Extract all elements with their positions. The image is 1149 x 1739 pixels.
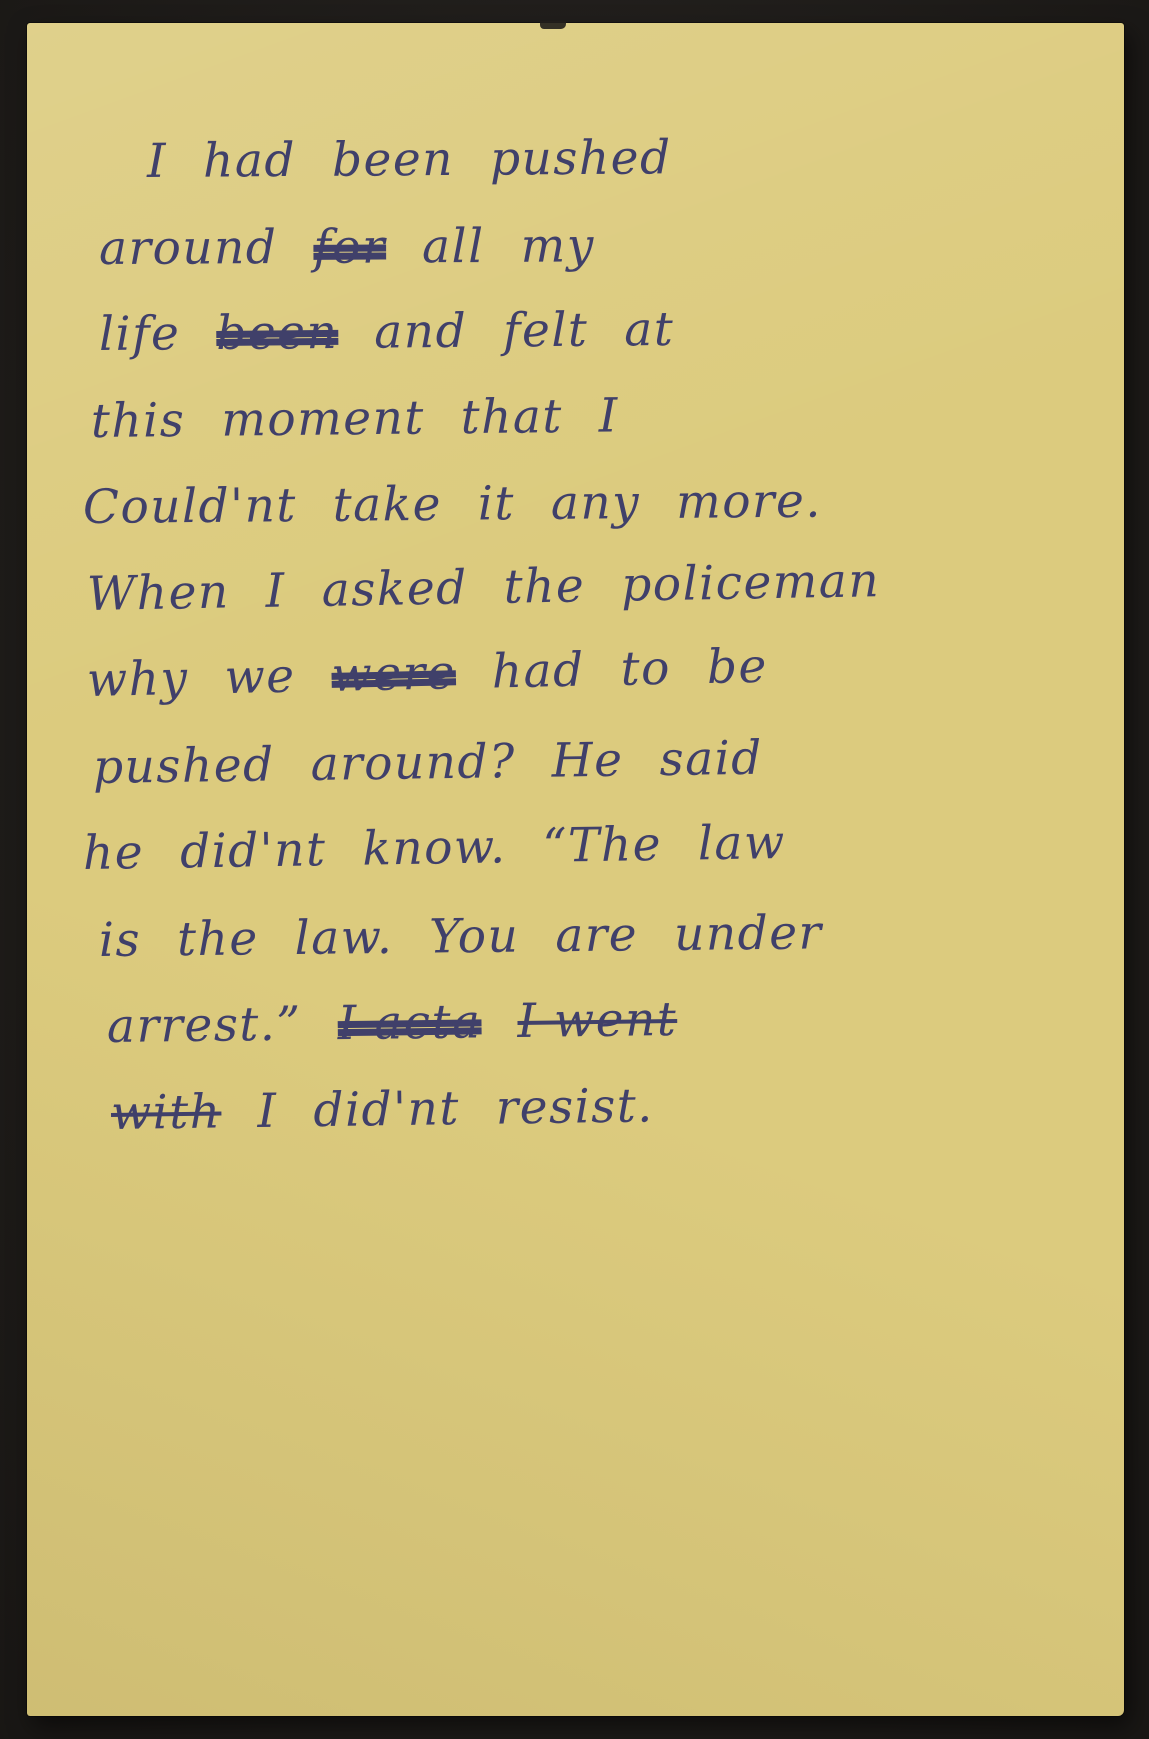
handwritten-word: take bbox=[332, 477, 442, 533]
struck-word: with bbox=[111, 1084, 222, 1141]
handwritten-word: did'nt bbox=[313, 1081, 460, 1138]
handwritten-word: When bbox=[87, 564, 231, 621]
handwritten-word: did'nt bbox=[180, 822, 327, 879]
note-line: isthelaw.Youareunder bbox=[99, 887, 1060, 984]
handwritten-word: why bbox=[86, 651, 189, 708]
handwritten-word: policeman bbox=[621, 553, 881, 613]
handwritten-word: around? bbox=[310, 734, 516, 792]
handwritten-word: to bbox=[620, 641, 671, 697]
handwritten-word: said bbox=[659, 730, 763, 786]
handwritten-word: I bbox=[265, 563, 286, 618]
handwritten-word: know. bbox=[362, 819, 507, 876]
handwritten-word: pushed bbox=[490, 130, 672, 186]
note-line: withIdid'ntresist. bbox=[110, 1057, 1059, 1157]
handwritten-word: be bbox=[706, 639, 768, 695]
note-line: Ihadbeenpushed bbox=[147, 113, 1060, 206]
note-card: Ihadbeenpushedaroundforallmylifebeenandf… bbox=[27, 23, 1124, 1716]
paper-edge-nick bbox=[540, 21, 566, 29]
handwritten-word: and bbox=[374, 304, 467, 360]
handwritten-word: at bbox=[624, 302, 674, 357]
note-line: lifebeenandfeltat bbox=[99, 284, 1060, 379]
note-line: aroundforallmy bbox=[99, 200, 1059, 292]
struck-word: I acta bbox=[337, 994, 481, 1051]
handwritten-word: arrest.” bbox=[107, 997, 302, 1054]
handwritten-word: pushed bbox=[93, 737, 275, 795]
struck-word: were bbox=[331, 645, 456, 703]
handwritten-word: he bbox=[83, 825, 145, 881]
handwritten-word: You bbox=[429, 908, 520, 964]
note-line: arrest.”I actaI went bbox=[106, 972, 1059, 1070]
struck-word: been bbox=[216, 305, 338, 361]
handwritten-word: “The bbox=[542, 817, 662, 874]
handwritten-word: I bbox=[257, 1083, 278, 1138]
photo-background: Ihadbeenpushedaroundforallmylifebeenandf… bbox=[0, 0, 1149, 1739]
handwritten-word: I bbox=[598, 388, 619, 443]
note-line: pushedaround?Hesaid bbox=[92, 711, 1059, 811]
handwritten-word: that bbox=[460, 389, 563, 445]
note-lines: Ihadbeenpushedaroundforallmylifebeenandf… bbox=[79, 119, 1059, 1157]
handwritten-word: are bbox=[555, 907, 638, 963]
handwritten-word: around bbox=[99, 220, 278, 276]
handwritten-word: my bbox=[521, 218, 595, 273]
handwritten-word: all bbox=[422, 218, 485, 273]
handwritten-word: more. bbox=[676, 474, 822, 530]
note-line: thismomentthatI bbox=[91, 368, 1060, 465]
handwritten-word: life bbox=[99, 306, 181, 362]
handwritten-word: this bbox=[91, 393, 186, 449]
handwritten-word: any bbox=[551, 475, 641, 531]
handwritten-word: we bbox=[224, 649, 296, 705]
handwritten-word: moment bbox=[221, 390, 425, 447]
struck-word: I went bbox=[517, 992, 677, 1049]
handwritten-word: under bbox=[674, 905, 823, 962]
handwritten-word: I bbox=[147, 134, 167, 189]
handwritten-word: it bbox=[478, 476, 515, 531]
handwritten-word: had bbox=[491, 643, 585, 700]
handwritten-word: the bbox=[503, 558, 585, 614]
handwritten-word: Could'nt bbox=[83, 478, 297, 535]
handwritten-word: felt bbox=[503, 303, 589, 359]
handwritten-word: had bbox=[203, 133, 296, 189]
handwritten-word: law. bbox=[294, 909, 393, 965]
handwritten-word: He bbox=[551, 732, 624, 788]
handwritten-word: is bbox=[99, 912, 142, 967]
handwritten-word: asked bbox=[321, 560, 468, 618]
handwritten-word: resist. bbox=[495, 1078, 654, 1135]
handwritten-word: the bbox=[177, 911, 259, 967]
note-line: hedid'ntknow.“Thelaw bbox=[82, 796, 1059, 898]
handwritten-word: law bbox=[697, 815, 786, 871]
handwritten-word: been bbox=[332, 132, 454, 188]
struck-word: for bbox=[313, 219, 386, 274]
